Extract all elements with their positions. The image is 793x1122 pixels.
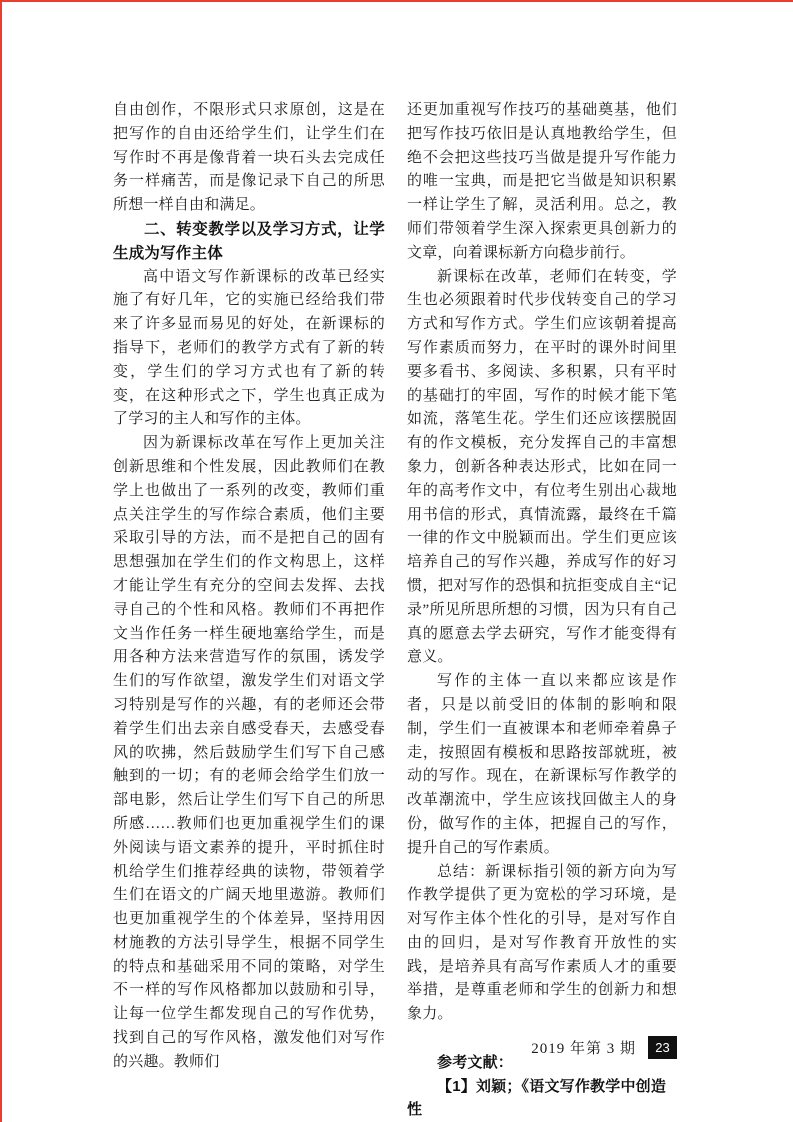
- paragraph: 因为新课标改革在写作上更加关注创新思维和个性发展，因此教师们在教学上也做出了一系…: [113, 432, 385, 1075]
- page-footer: 2019 年第 3 期 23: [113, 1036, 677, 1059]
- red-trim-line-left: [0, 0, 2, 1122]
- text-column-left: 自由创作，不限形式只求原创，这是在把写作的自由还给学生们，让学生们在写作时不再是…: [113, 99, 385, 1075]
- red-trim-line-top: [0, 0, 793, 2]
- journal-page: 自由创作，不限形式只求原创，这是在把写作的自由还给学生们，让学生们在写作时不再是…: [0, 0, 793, 1122]
- page-number-badge: 23: [648, 1036, 677, 1059]
- paragraph-continuation-from-previous-page: 自由创作，不限形式只求原创，这是在把写作的自由还给学生们，让学生们在写作时不再是…: [113, 99, 385, 218]
- paragraph: 写作的主体一直以来都应该是作者，只是以前受旧的体制的影响和限制，学生们一直被课本…: [407, 670, 677, 860]
- paragraph-summary: 总结：新课标指引领的新方向为写作教学提供了更为宽松的学习环境，是对写作主体个性化…: [407, 861, 677, 1028]
- journal-issue-label: 2019 年第 3 期: [531, 1037, 636, 1058]
- paragraph-continuation-from-left-column: 还更加重视写作技巧的基础奠基，他们把写作技巧依旧是认真地教给学生，但绝不会把这些…: [407, 99, 677, 266]
- references-section: 参考文献： 【1】刘颖；《语文写作教学中创造性: [407, 1051, 677, 1122]
- reference-item-1: 【1】刘颖；《语文写作教学中创造性: [407, 1075, 677, 1122]
- paragraph: 高中语文写作新课标的改革已经实施了有好几年，它的实施已经给我们带来了许多显而易见…: [113, 266, 385, 433]
- section-heading-2: 二、转变教学以及学习方式，让学生成为写作主体: [113, 218, 385, 266]
- text-column-right: 还更加重视写作技巧的基础奠基，他们把写作技巧依旧是认真地教给学生，但绝不会把这些…: [407, 99, 677, 1122]
- paragraph: 新课标在改革，老师们在转变，学生也必须跟着时代步伐转变自己的学习方式和写作方式。…: [407, 266, 677, 671]
